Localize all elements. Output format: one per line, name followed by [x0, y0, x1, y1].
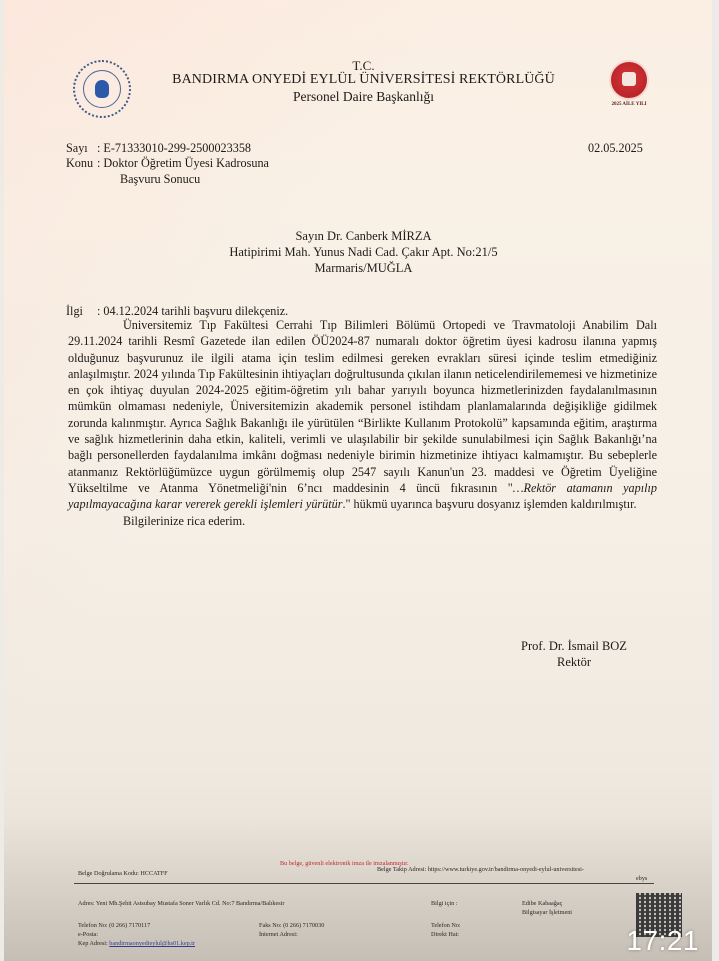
- sayi-label: Sayı: [66, 140, 88, 156]
- konu-value-line2: Başvuru Sonucu: [120, 171, 200, 187]
- footer-email: e-Posta:: [78, 931, 98, 938]
- document-page: 2025 AİLE YILI T.C. BANDIRMA ONYEDİ EYLÜ…: [4, 0, 712, 961]
- footer-phone: Telefon No: (0 266) 7170117: [78, 922, 150, 929]
- sayi-value: : E-71333010-299-2500023358: [97, 140, 251, 156]
- recipient-address-line2: Marmaris/MUĞLA: [4, 260, 719, 276]
- info-phone: Telefon No:: [431, 922, 461, 929]
- recipient-address-line1: Hatipirimi Mah. Yunus Nadi Cad. Çakır Ap…: [4, 244, 719, 260]
- screen-edge: [712, 0, 719, 961]
- letter-body: Üniversitemiz Tıp Fakültesi Cerrahi Tıp …: [68, 317, 657, 529]
- contact-title: Bilgisayar İşletmeni: [522, 909, 572, 916]
- kep-label: Kep Adresi:: [78, 940, 108, 947]
- signatory-title: Rektör: [474, 654, 674, 670]
- document-date: 02.05.2025: [588, 140, 643, 156]
- konu-value-line1: : Doktor Öğretim Üyesi Kadrosuna: [97, 155, 269, 171]
- contact-name: Edibe Kabaağaç: [522, 900, 562, 907]
- footer-kep: Kep Adresi: bandirmaonyedieylul@hs01.kep…: [78, 940, 195, 947]
- header-department: Personel Daire Başkanlığı: [4, 89, 719, 105]
- time-overlay: 17:21: [626, 925, 699, 957]
- konu-label: Konu: [66, 155, 93, 171]
- kep-address-link[interactable]: bandirmaonyedieylul@hs01.kep.tr: [109, 940, 195, 947]
- tracking-address-cont: ebys: [636, 875, 647, 882]
- direct-line: Direkt Hat:: [431, 931, 459, 938]
- footer-fax: Faks No: (0 266) 7170030: [259, 922, 324, 929]
- info-label: Bilgi için :: [431, 900, 457, 907]
- paragraph-text: Üniversitemiz Tıp Fakültesi Cerrahi Tıp …: [68, 318, 657, 495]
- header-university: BANDIRMA ONYEDİ EYLÜL ÜNİVERSİTESİ REKTÖ…: [4, 72, 719, 88]
- footer-address: Adres: Yeni Mh.Şehit Astsubay Mustafa So…: [78, 900, 284, 907]
- footer-internet: İnternet Adresi:: [259, 931, 298, 938]
- main-paragraph: Üniversitemiz Tıp Fakültesi Cerrahi Tıp …: [68, 317, 657, 513]
- verification-code: Belge Doğrulama Kodu: HCCATFF: [78, 870, 168, 877]
- signatory-name: Prof. Dr. İsmail BOZ: [474, 638, 674, 654]
- paragraph-text-end: ." hükmü uyarınca başvuru dosyanız işlem…: [342, 497, 636, 511]
- recipient-name: Sayın Dr. Canberk MİRZA: [4, 228, 719, 244]
- tracking-address: Belge Takip Adresi: https://www.turkiye.…: [377, 866, 584, 873]
- footer-divider: [74, 883, 654, 884]
- closing-line: Bilgilerinize rica ederim.: [68, 513, 657, 529]
